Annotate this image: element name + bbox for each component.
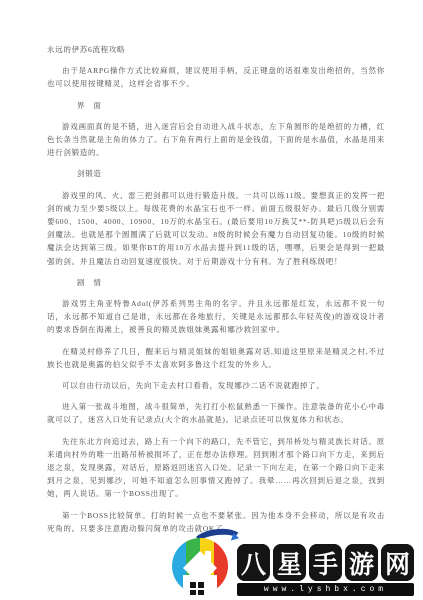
house-chimney [205,551,211,562]
stamp-char: 手 [309,544,342,581]
doc-paragraph: 进入第一张战斗地图，战斗很简单，先打打小松鼠熟悉一下操作。注意装备的花小心中毒就… [47,400,385,426]
doc-paragraph: 在精灵村修养了几日，醒来后与精灵姐妹的姐姐奥露对话,知道这里原来是精灵之村,不过… [47,345,385,371]
section-heading-forging: 剑锻造 [47,167,385,180]
doc-paragraph: 可以自由行动以后，先向下走去村口看看，发现娜沙二话不说就跑掉了。 [47,379,385,392]
stamp-char: 游 [345,544,378,581]
stamp-char: 星 [273,544,306,581]
site-name-stamps: 八 星 手 游 网 [237,544,414,581]
walkthrough-text: 永远的伊苏6流程攻略 由于是ARPG操作方式比较麻烦，建议使用手柄，反正键盘的话… [47,43,385,535]
doc-title: 永远的伊苏6流程攻略 [47,43,385,56]
doc-paragraph: 由于是ARPG操作方式比较麻烦，建议使用手柄，反正键盘的话很难发出绝招的，当然你… [47,64,385,90]
doc-paragraph: 游戏画面真的是不错，进入迷宫后会自动进入战斗状态，左下角圆形的是绝招的力槽，红色… [47,120,385,160]
site-url: www.lyshbx.com [237,583,414,596]
doc-paragraph: 游戏男主角亚特鲁Adol(伊苏系列男主角的名字。并且永远都是红发，永远都不说一句… [47,297,385,337]
doc-paragraph: 游戏里的风、火、雷三把剑都可以进行锻造升级。一共可以练11级。要想真正的发挥一把… [47,189,385,268]
house-logo-icon [170,531,230,599]
document-page: 永远的伊苏6流程攻略 由于是ARPG操作方式比较麻烦，建议使用手柄，反正键盘的话… [0,0,423,600]
doc-paragraph: 先往东北方向追过去，路上有一个向下的路口，先不管它，到吊桥处与精灵族长对话。原来… [47,435,385,501]
watermark-text-block: 八 星 手 游 网 www.lyshbx.com [237,531,414,599]
section-heading-interface: 界 面 [47,99,385,112]
stamp-char: 八 [237,544,270,581]
section-heading-story: 剧 情 [47,276,385,289]
stamp-char: 网 [381,544,414,581]
house-window-icon [190,582,204,595]
site-watermark: 八 星 手 游 网 www.lyshbx.com [170,531,418,599]
